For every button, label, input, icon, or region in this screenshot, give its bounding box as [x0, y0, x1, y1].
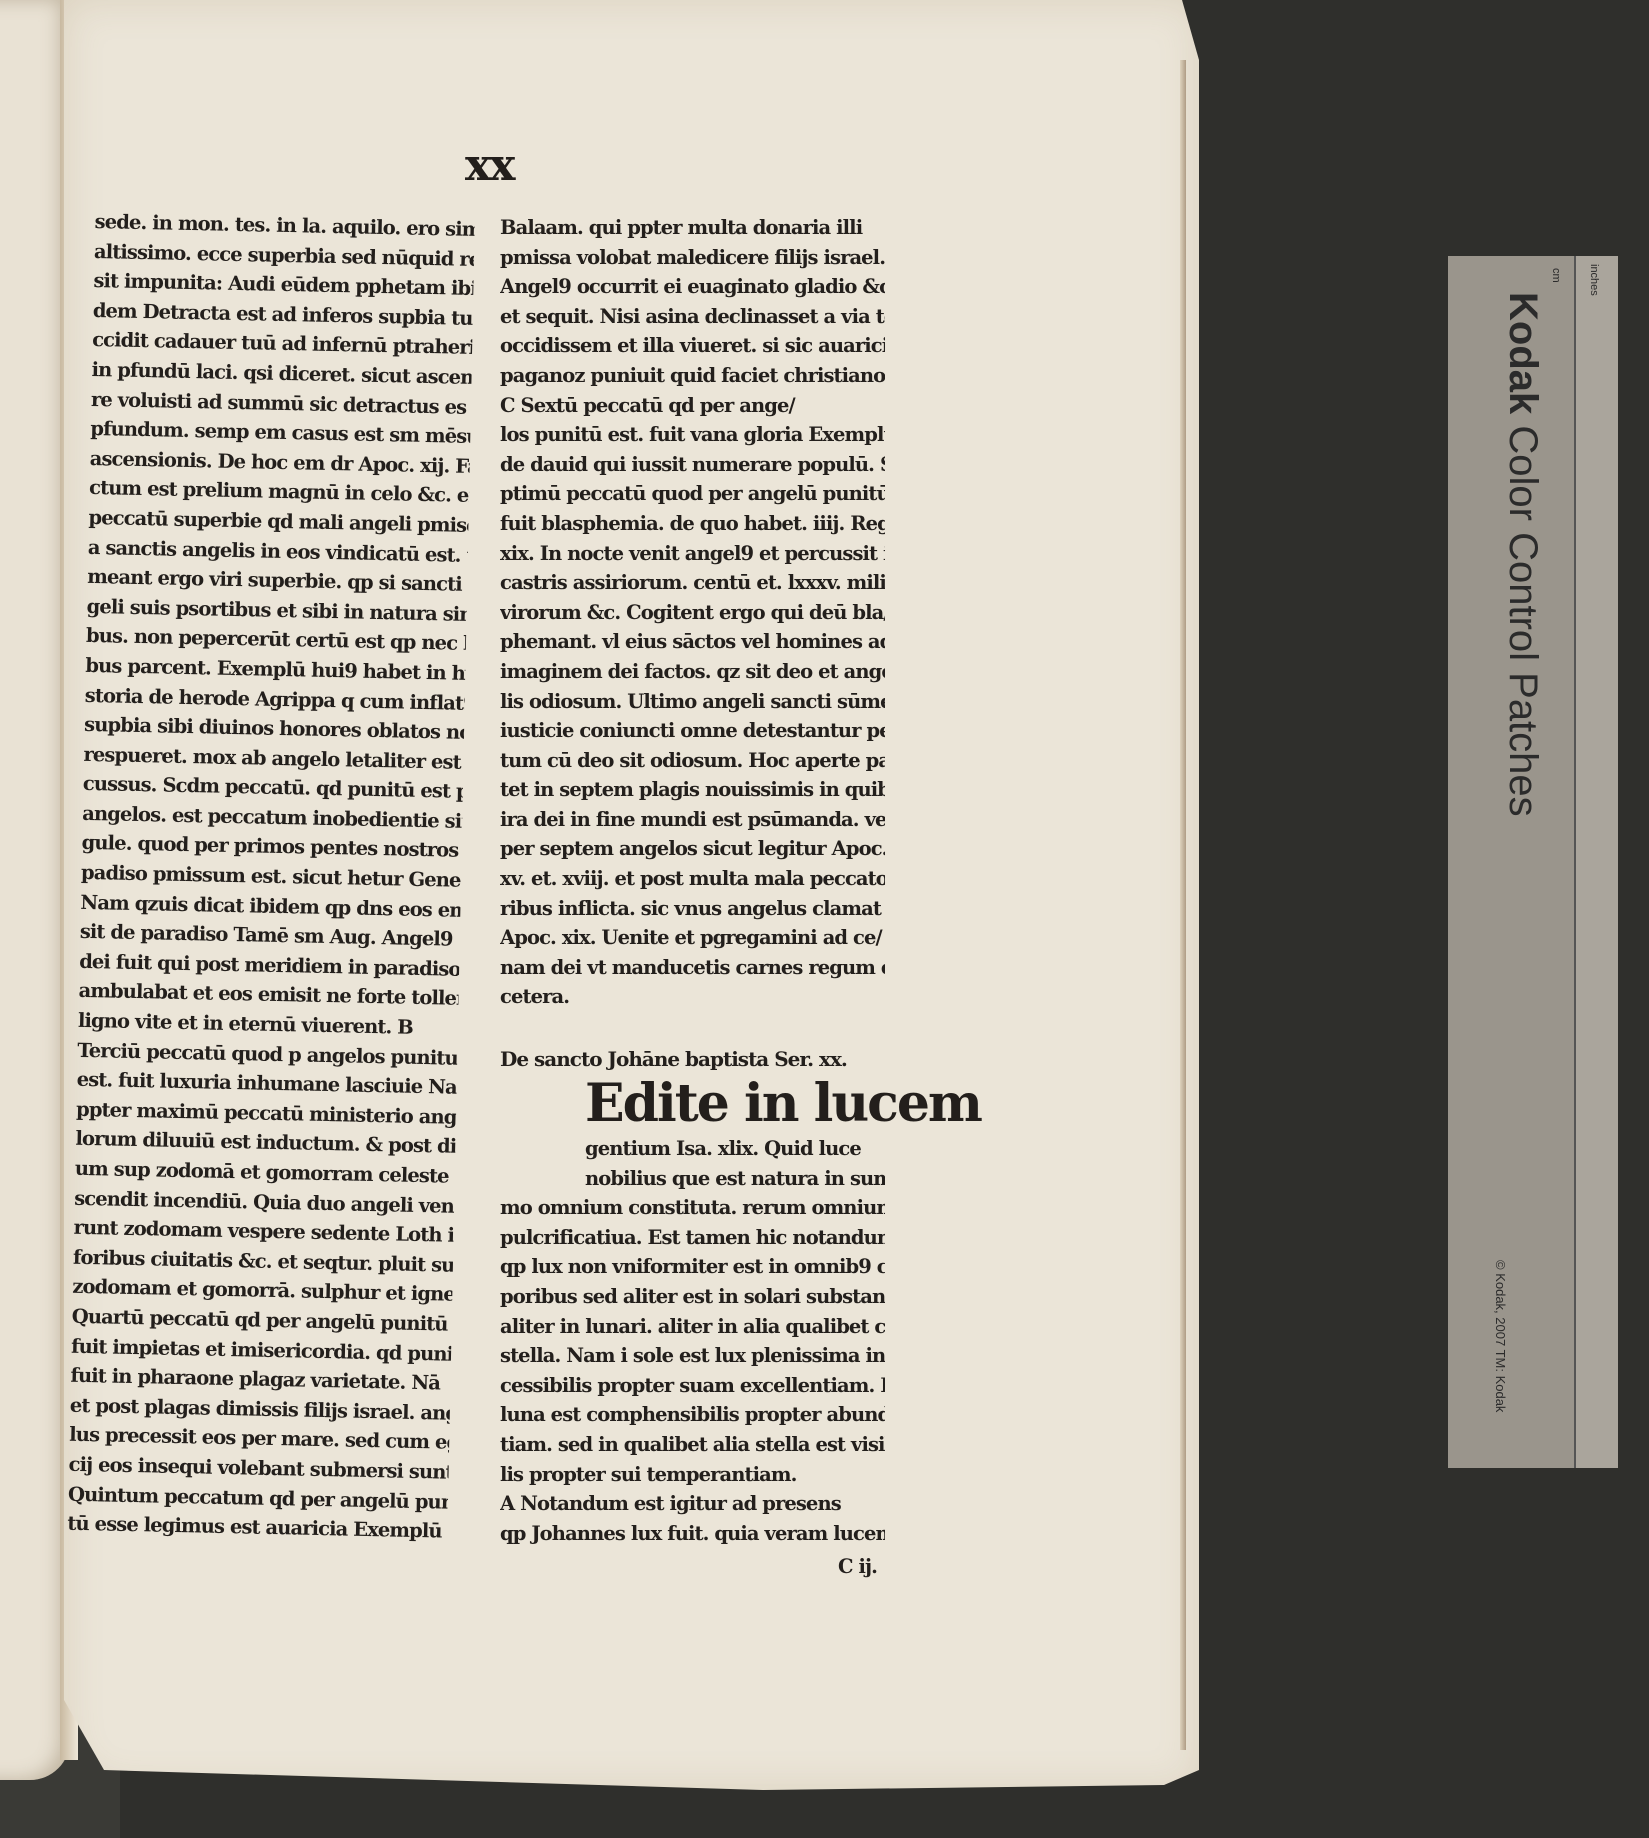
kodak-title-text: Color Control Patches: [1501, 425, 1545, 816]
text-line: ptimū peccatū quod per angelū punitū ē: [500, 479, 885, 509]
text-line: pulcrificatiua. Est tamen hic notandum: [500, 1223, 885, 1253]
text-line: los punitū est. fuit vana gloria Exemplū: [500, 420, 885, 450]
signature-mark: C ij.: [500, 1552, 885, 1582]
text-line: phemant. vl eius sāctos vel homines ad: [500, 627, 885, 657]
text-line: ribus inflicta. sic vnus angelus clamat: [500, 894, 885, 924]
kodak-copyright: © Kodak, 2007 TM: Kodak: [1493, 1260, 1508, 1412]
text-line: fuit blasphemia. de quo habet. iiij. Reg…: [500, 509, 885, 539]
text-line: Balaam. qui ppter multa donaria illi: [500, 213, 885, 243]
text-line: Apoc. xix. Uenite et pgregamini ad ce/: [500, 923, 885, 953]
sermon-heading: De sancto Johāne baptista Ser. xx.: [500, 1042, 885, 1076]
text-line: cetera.: [500, 982, 885, 1012]
folio-number: xx: [465, 140, 513, 191]
kodak-brand: Kodak: [1501, 292, 1545, 414]
text-line: lis propter sui temperantiam.: [500, 1460, 885, 1490]
right-column-indented-text: gentium Isa. xlix. Quid lucenobilius que…: [500, 1134, 885, 1193]
cm-unit-label: cm: [1550, 268, 1562, 283]
kodak-title: Kodak Color Control Patches: [1500, 292, 1545, 817]
text-line: et sequit. Nisi asina declinasset a via …: [500, 302, 885, 332]
text-line: C Sextū peccatū qd per ange/: [500, 391, 885, 421]
text-line: xv. et. xviij. et post multa mala peccat…: [500, 864, 885, 894]
text-line: poribus sed aliter est in solari substan…: [500, 1282, 885, 1312]
inch-unit-label: inches: [1588, 264, 1600, 296]
text-line: tet in septem plagis nouissimis in quib9: [500, 775, 885, 805]
right-column-bottom-text: mo omnium constituta. rerum omniumpulcri…: [500, 1193, 885, 1548]
text-line: per septem angelos sicut legitur Apoc.: [500, 834, 885, 864]
left-text-column: sede. in mon. tes. in la. aquilo. ero si…: [67, 207, 475, 1546]
text-line: luna est comphensibilis propter abundā: [500, 1400, 885, 1430]
text-line: A Notandum est igitur ad presens: [500, 1489, 885, 1519]
text-line: qp Johannes lux fuit. quia veram lucem: [500, 1519, 885, 1549]
text-line: virorum &c. Cogitent ergo qui deū bla/: [500, 598, 885, 628]
text-line: tiam. sed in qualibet alia stella est vi…: [500, 1430, 885, 1460]
text-line: castris assiriorum. centū et. lxxxv. mil…: [500, 568, 885, 598]
text-line: aliter in lunari. aliter in alia qualibe…: [500, 1312, 885, 1342]
text-line: imaginem dei factos. qz sit deo et ange/: [500, 657, 885, 687]
text-line: cessibilis propter suam excellentiam. In: [500, 1371, 885, 1401]
page-edge-shadow: [1180, 60, 1186, 1750]
text-line: tum cū deo sit odiosum. Hoc aperte pa/: [500, 746, 885, 776]
text-line: qp lux non vniformiter est in omnib9 cor…: [500, 1252, 885, 1282]
text-line: mo omnium constituta. rerum omnium: [500, 1193, 885, 1223]
right-text-column: Balaam. qui ppter multa donaria illipmis…: [500, 213, 885, 1582]
right-column-top-text: Balaam. qui ppter multa donaria illipmis…: [500, 213, 885, 1012]
text-line: de dauid qui iussit numerare populū. Se: [500, 450, 885, 480]
book-page: xx sede. in mon. tes. in la. aquilo. ero…: [64, 0, 1199, 1790]
text-line: Angel9 occurrit ei euaginato gladio &c.: [500, 272, 885, 302]
text-line: pmissa volobat maledicere filijs israel.: [500, 243, 885, 273]
ruler-scale: [1574, 256, 1618, 1468]
incipit-title: Edite in lucem: [585, 1076, 885, 1134]
text-line: iusticie coniuncti omne detestantur pec/: [500, 716, 885, 746]
text-line: occidissem et illa viueret. si sic auari…: [500, 331, 885, 361]
text-line: nam dei vt manducetis carnes regum et: [500, 953, 885, 983]
text-line: stella. Nam i sole est lux plenissima in…: [500, 1341, 885, 1371]
text-line: paganoz puniuit quid faciet christianoz: [500, 361, 885, 391]
text-line: lis odiosum. Ultimo angeli sancti sūme: [500, 687, 885, 717]
text-line: nobilius que est natura in sum: [585, 1164, 885, 1194]
text-line: ira dei in fine mundi est psūmanda. vel: [500, 805, 885, 835]
text-line: gentium Isa. xlix. Quid luce: [585, 1134, 885, 1164]
text-line: xix. In nocte venit angel9 et percussit …: [500, 539, 885, 569]
